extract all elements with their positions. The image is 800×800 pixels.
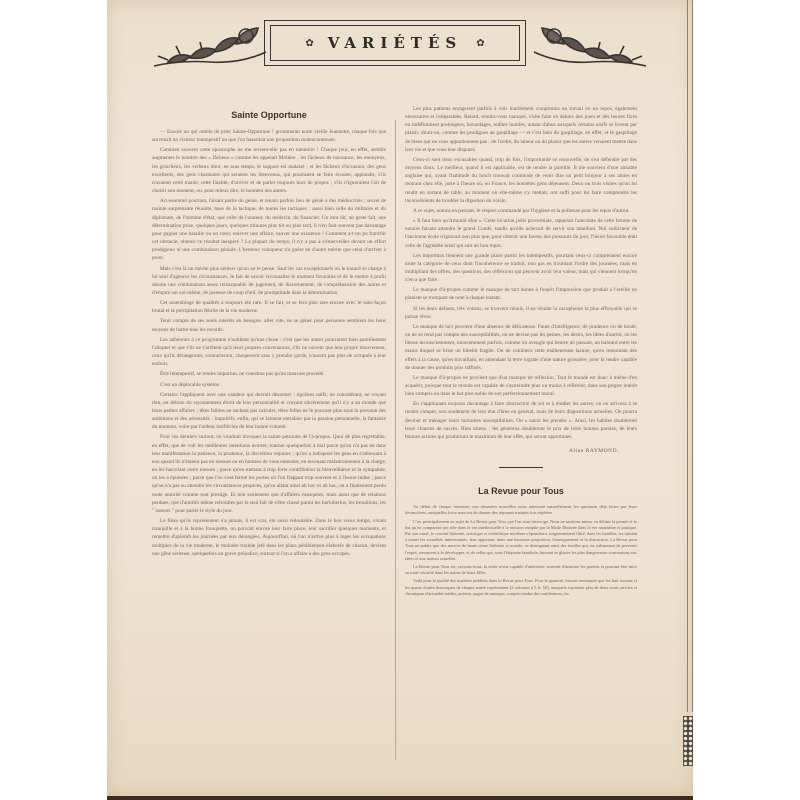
section-header: ✿ VARIÉTÉS ✿ bbox=[150, 18, 650, 68]
paragraph: Les plus patients enragerent parfois à v… bbox=[405, 105, 637, 154]
paragraph: C'est principalement au sujet de La Revu… bbox=[405, 519, 637, 562]
article-separator bbox=[499, 467, 543, 468]
paragraph: — Encore un qui oublie de prier Sainte-O… bbox=[152, 128, 386, 144]
foliage-ornament-left-icon bbox=[150, 22, 268, 72]
article-title-revue: La Revue pour Tous bbox=[405, 486, 637, 497]
paragraph: Ceux-ci sont donc excusables quand, trop… bbox=[405, 156, 637, 205]
paragraph: En s'appliquant toujours davantage à fai… bbox=[405, 400, 637, 441]
paragraph: Le fléau qu'ils représentent n'a jamais,… bbox=[152, 517, 386, 558]
paragraph: A ce sujet, notons en passant, le respec… bbox=[405, 207, 637, 215]
border-ornament-icon bbox=[683, 716, 693, 766]
paragraph: Les importuns tiennent une grande place … bbox=[405, 252, 637, 285]
paragraph: Pour ces derniers surtout, on voudrait i… bbox=[152, 433, 386, 515]
paragraph: Le manque d'à-propos comme le manque de … bbox=[405, 286, 637, 302]
page-border-rule bbox=[687, 0, 693, 712]
revue-article-body: Au début de chaque trimestre, nos abonné… bbox=[405, 504, 637, 597]
flower-icon: ✿ bbox=[305, 38, 313, 49]
left-column: Sainte Opportune — Encore un qui oublie … bbox=[152, 105, 386, 560]
paragraph: Cet assemblage de qualités a toujours ét… bbox=[152, 299, 386, 315]
page-bottom-edge bbox=[107, 796, 693, 800]
paragraph: Si les deux défauts, très voisins, se tr… bbox=[405, 305, 637, 321]
paragraph: Certains l'appliquent avec une candeur q… bbox=[152, 391, 386, 432]
paragraph: Combien souvent cette apostrophe ne me r… bbox=[152, 146, 386, 195]
paragraph: Art essentiel pourtant, faisant partie d… bbox=[152, 197, 386, 262]
title-frame: ✿ VARIÉTÉS ✿ bbox=[264, 20, 526, 66]
paragraph: Mais c'est là un mérite plus sérieux qu'… bbox=[152, 265, 386, 298]
paragraph: La Revue pour Tous est, croyons-nous, la… bbox=[405, 564, 637, 576]
article-body: — Encore un qui oublie de prier Sainte-O… bbox=[152, 128, 386, 558]
foliage-ornament-right-icon bbox=[532, 22, 650, 72]
author-signature: Aline RAYMOND. bbox=[405, 447, 637, 455]
paragraph: C'est un déplorable système. bbox=[152, 381, 386, 389]
paragraph: Le manque d'à-propos ne provient que d'u… bbox=[405, 374, 637, 398]
paragraph: Les adhérents à ce programme n'oublient … bbox=[152, 336, 386, 369]
paragraph: Tenir compte de ses seuls intérêts en be… bbox=[152, 317, 386, 333]
section-title: VARIÉTÉS bbox=[328, 34, 462, 52]
paragraph: « Il faut bien qu'Arnould dîne ». Cette … bbox=[405, 217, 637, 250]
flower-icon: ✿ bbox=[476, 38, 484, 49]
column-divider bbox=[395, 120, 396, 760]
paragraph: Le manque de tact provient d'une absence… bbox=[405, 323, 637, 372]
paragraph: Au début de chaque trimestre, nos abonné… bbox=[405, 504, 637, 516]
right-column: Les plus patients enragerent parfois à v… bbox=[405, 105, 637, 599]
article-title: Sainte Opportune bbox=[152, 110, 386, 121]
article-body-continued: Les plus patients enragerent parfois à v… bbox=[405, 105, 637, 441]
paragraph: Être intempestif, se rendre importun, ne… bbox=[152, 370, 386, 378]
paragraph: Voilà pour la qualité des matières publi… bbox=[405, 578, 637, 597]
